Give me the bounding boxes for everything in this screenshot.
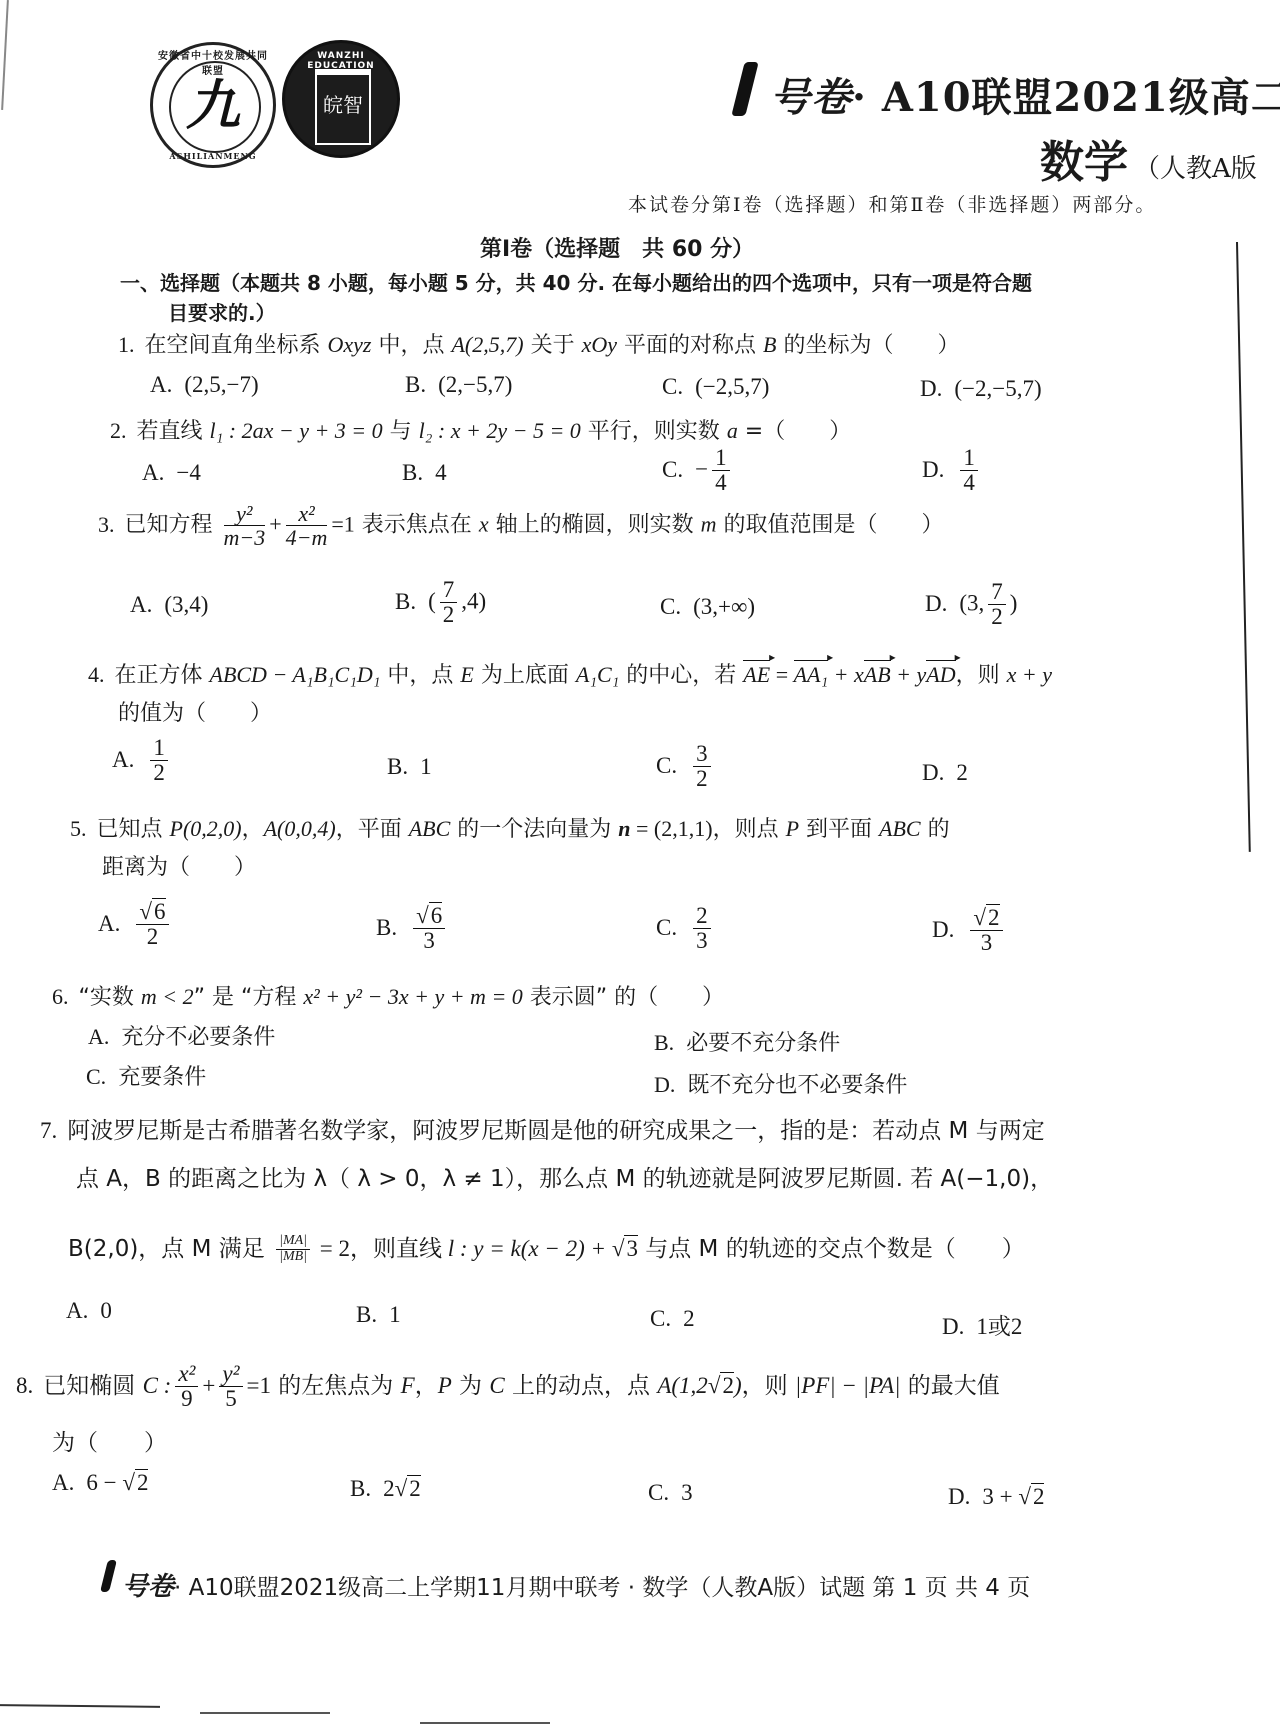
option-label: B. [376, 915, 397, 940]
stem-text: 在正方体 [115, 663, 210, 688]
math-expr: l₁ : 2ax − y + 3 = 0 [210, 418, 383, 443]
margin-line [1236, 242, 1251, 852]
option-label: B. [387, 754, 408, 779]
radicand: 3 [624, 1235, 638, 1261]
question-number: 6. [52, 984, 69, 1009]
option-text: 充要条件 [118, 1065, 206, 1090]
option-label: C. [660, 594, 681, 619]
math-expr: A(0,0,4) [264, 816, 336, 841]
stem-text: 的坐标为（ ） [776, 333, 959, 358]
sqrt-expr: √2 [395, 1475, 421, 1501]
subject-title: 数学（人教A版 [1040, 126, 1257, 190]
stem-text: ，则 [956, 663, 1007, 688]
denominator: |MB| [276, 1250, 310, 1265]
fraction: |MA||MB| [276, 1234, 310, 1264]
option-label: D. [925, 591, 947, 616]
option-label: D. [922, 457, 944, 482]
question-2: 2.若直线 l₁ : 2ax − y + 3 = 0 与 l₂ : x + 2y… [110, 414, 851, 445]
option-text: 6 − [86, 1470, 122, 1495]
denominator: 2 [136, 925, 168, 949]
fraction: 12 [150, 736, 168, 785]
q1-option-b[interactable]: B.(2,−5,7) [405, 372, 512, 398]
numerator: x² [286, 502, 328, 526]
option-label: C. [662, 374, 683, 399]
stem-text: 平面的对称点 [617, 333, 763, 358]
denominator: 3 [413, 929, 445, 953]
radicand: 6 [152, 898, 166, 924]
exam-title: 号卷· A10联盟2021级高二 [770, 66, 1280, 123]
alliance-logo: 安徽省中十校发展共同联盟 九 ASHILIANMENG [150, 42, 276, 168]
section-title: 第Ⅰ卷（选择题 共 60 分） [480, 232, 754, 263]
q3-option-b[interactable]: B.(72,4) [395, 578, 486, 627]
operator: + [269, 512, 281, 537]
math-var: E [460, 662, 473, 687]
denominator: 3 [970, 931, 1002, 955]
option-label: D. [932, 917, 954, 942]
q2-option-d[interactable]: D.14 [922, 446, 982, 495]
gate-icon: 皖智 [315, 69, 371, 145]
option-text: ,4) [461, 589, 486, 614]
logo-ring-text: WANZHI EDUCATION [285, 51, 397, 71]
math-var: ABC [409, 816, 451, 841]
math-expr: P(0,2,0) [170, 816, 242, 841]
math-var: P [786, 816, 799, 841]
stem-text: ， [415, 1373, 438, 1399]
question-7-line3: B(2,0)，点 M 满足 |MA||MB| = 2，则直线 l : y = k… [68, 1230, 1025, 1265]
stem-text: 关于 [524, 333, 582, 358]
math-var: P [438, 1373, 452, 1398]
question-number: 5. [70, 816, 87, 841]
stem-text: = 2，则直线 [314, 1236, 448, 1261]
denominator: 2 [988, 605, 1006, 629]
q6-option-a[interactable]: A.充分不必要条件 [88, 1020, 275, 1051]
fraction: √23 [970, 906, 1002, 955]
denominator: 2 [440, 603, 458, 627]
math-expr: x² + y² − 3x + y + m = 0 [303, 984, 522, 1009]
sqrt-expr: √2 [1018, 1483, 1044, 1509]
stem-text: 的一个法向量为 [450, 817, 618, 842]
q3-option-c[interactable]: C.(3,+∞) [660, 594, 755, 620]
fraction: x²4−m [286, 502, 328, 549]
q7-option-c[interactable]: C.2 [650, 1306, 695, 1332]
option-label: B. [395, 589, 416, 614]
question-5: 5.已知点 P(0,2,0)，A(0,0,4)，平面 ABC 的一个法向量为 n… [70, 812, 950, 843]
stem-text: 与 [383, 419, 419, 444]
q7-option-a[interactable]: A.0 [66, 1298, 112, 1324]
option-label: D. [920, 376, 942, 401]
stem-text: 到平面 [799, 817, 879, 842]
option-label: A. [52, 1470, 74, 1495]
numerator: x² [175, 1362, 198, 1387]
q1-option-d[interactable]: D.(−2,−5,7) [920, 376, 1042, 402]
normal-vector: n [618, 816, 630, 841]
q4-option-a[interactable]: A.12 [112, 736, 172, 785]
math-expr: l₂ : x + 2y − 5 = 0 [419, 418, 581, 443]
question-4: 4.在正方体 ABCD − A₁B₁C₁D₁ 中，点 E 为上底面 A₁C₁ 的… [88, 658, 1052, 689]
q1-option-c[interactable]: C.(−2,5,7) [662, 374, 769, 400]
radicand: 6 [429, 902, 443, 928]
fraction: 72 [988, 580, 1006, 629]
math-expr: ) [734, 1373, 742, 1398]
option-label: A. [66, 1298, 88, 1323]
q5-option-c[interactable]: C.23 [656, 904, 715, 953]
radicand: 2 [986, 904, 1000, 930]
math-expr: m < 2 [141, 984, 194, 1009]
math-expr: ABCD − A₁B₁C₁D₁ [210, 662, 381, 687]
fraction: 14 [960, 446, 978, 495]
option-label: D. [942, 1314, 964, 1339]
question-number: 7. [40, 1118, 57, 1143]
numerator: 7 [440, 578, 458, 603]
math-var: ABC [879, 816, 921, 841]
q8-option-d[interactable]: D.3 + √2 [948, 1484, 1044, 1510]
fraction: x²9 [175, 1362, 198, 1411]
stem-text: 的中心，若 [619, 663, 743, 688]
fraction: 14 [712, 446, 730, 495]
denominator: 9 [175, 1387, 198, 1411]
stem-text: 中，点 [371, 333, 451, 358]
math-var: F [401, 1373, 415, 1398]
option-text: (2,−5,7) [438, 372, 512, 397]
option-label: B. [350, 1476, 371, 1501]
question-number: 3. [98, 512, 115, 537]
page-edge-line [420, 1722, 550, 1724]
denominator: m−3 [224, 526, 266, 549]
question-8: 8.已知椭圆 C :x²9+y²5=1 的左焦点为 F，P 为 C 上的动点，点… [16, 1362, 1000, 1411]
stem-text: ” 是 “方程 [194, 985, 304, 1010]
q2-option-a[interactable]: A.−4 [142, 460, 201, 486]
numerator: 1 [150, 736, 168, 761]
option-label: D. [922, 760, 944, 785]
equation-rhs: =1 [247, 1373, 271, 1398]
option-text: (2,5,−7) [184, 372, 258, 397]
question-number: 1. [118, 332, 135, 357]
vector-ab: AB [864, 662, 891, 688]
option-label: C. [656, 915, 677, 940]
logo-mark: 九 [153, 63, 273, 140]
math-var: C : [143, 1373, 172, 1398]
part-instructions-line2: 目要求的.） [120, 298, 1190, 328]
option-text: 0 [100, 1298, 112, 1323]
option-label: B. [356, 1302, 377, 1327]
q4-option-d[interactable]: D.2 [922, 760, 968, 786]
option-label: B. [654, 1030, 674, 1055]
q4-option-c[interactable]: C.32 [656, 742, 715, 791]
stem-text: “实数 [79, 985, 141, 1010]
numerator: y² [224, 502, 266, 526]
fraction: √63 [413, 904, 445, 953]
q3-option-a[interactable]: A.(3,4) [130, 592, 208, 618]
logo-ring-bottom-text: ASHILIANMENG [153, 151, 273, 161]
option-label: D. [654, 1072, 675, 1097]
option-text: 3 + [982, 1484, 1018, 1509]
footer-text: · A10联盟2021级高二上学期11月期中联考 · 数学（人教A版）试题 第 … [174, 1575, 1030, 1601]
option-text: ( [428, 589, 436, 614]
page-footer: 号卷· A10联盟2021级高二上学期11月期中联考 · 数学（人教A版）试题 … [122, 1566, 1030, 1603]
page-edge-line [200, 1712, 330, 1714]
page-edge-line [0, 1704, 160, 1708]
q1-option-a[interactable]: A.(2,5,−7) [150, 372, 259, 398]
math-var: A(2,5,7) [451, 332, 523, 357]
stem-text: =（ ） [738, 419, 851, 444]
option-label: C. [86, 1064, 106, 1089]
denominator: 2 [693, 767, 711, 791]
math-var: m [701, 512, 717, 537]
numerator: y² [219, 1362, 242, 1387]
stem-text: 的左焦点为 [271, 1373, 401, 1399]
numerator: 2 [693, 904, 711, 929]
question-number: 8. [16, 1373, 33, 1398]
math-var: xOy [582, 332, 617, 357]
option-text: 2 [956, 760, 968, 785]
numerator: 7 [988, 580, 1006, 605]
radicand: 2 [135, 1469, 149, 1495]
option-text: ) [1010, 591, 1018, 616]
stem-text: 阿波罗尼斯是古希腊著名数学家，阿波罗尼斯圆是他的研究成果之一，指的是：若动点 M… [67, 1118, 1044, 1144]
q2-option-b[interactable]: B.4 [402, 460, 447, 486]
stem-text: 为上底面 [474, 663, 576, 688]
stem-text: ，平面 [336, 817, 409, 842]
stem-text: B(2,0)，点 M 满足 [68, 1236, 272, 1262]
subject-name: 数学 [1040, 137, 1128, 188]
operator: = [770, 662, 793, 687]
operator: + y [891, 662, 927, 687]
option-text: 既不充分也不必要条件 [687, 1073, 907, 1098]
stem-text: ，则点 [713, 817, 786, 842]
vector-ae: AE [743, 662, 770, 688]
sqrt-expr: √3 [612, 1235, 638, 1261]
exam-title-text: · A10联盟2021级高二 [852, 74, 1280, 121]
question-number: 2. [110, 418, 127, 443]
stem-text: 的 [921, 817, 950, 842]
stem-text: 的最大值 [900, 1373, 999, 1399]
footer-brand: 号卷 [122, 1572, 174, 1602]
option-label: B. [402, 460, 423, 485]
option-sign: − [695, 457, 708, 482]
numerator: 1 [960, 446, 978, 471]
brand-name: 号卷 [770, 74, 852, 121]
question-5-line2: 距离为（ ） [102, 850, 256, 881]
stem-text: 为 [452, 1373, 490, 1399]
math-expr: = (2,1,1) [631, 816, 713, 841]
option-text: 必要不充分条件 [686, 1031, 840, 1056]
math-var: B [763, 332, 776, 357]
math-expr: x + y [1007, 662, 1052, 687]
q6-option-c[interactable]: C.充要条件 [86, 1060, 206, 1091]
q7-option-d[interactable]: D.1或2 [942, 1308, 1022, 1341]
math-expr: A₁C₁ [576, 662, 619, 687]
edition-label: （人教A版 [1134, 154, 1257, 184]
q5-option-b[interactable]: B.√63 [376, 904, 449, 953]
q6-option-b[interactable]: B.必要不充分条件 [654, 1026, 840, 1057]
stem-text: 平行，则实数 [581, 419, 727, 444]
brand-bar-icon [731, 62, 758, 116]
radicand: 2 [407, 1475, 421, 1501]
option-text: 充分不必要条件 [121, 1025, 275, 1050]
vector-aa1: AA₁ [794, 662, 829, 688]
stem-text: 轴上的椭圆，则实数 [489, 513, 701, 538]
denominator: 2 [150, 761, 168, 785]
math-expr: l : y = k(x − 2) + [448, 1236, 612, 1261]
stem-text: 的取值范围是（ ） [716, 513, 943, 538]
option-label: A. [142, 460, 164, 485]
question-8-line2: 为（ ） [52, 1424, 167, 1457]
question-4-line2: 的值为（ ） [118, 696, 272, 727]
stem-text: ，则 [742, 1373, 795, 1399]
question-7: 7.阿波罗尼斯是古希腊著名数学家，阿波罗尼斯圆是他的研究成果之一，指的是：若动点… [40, 1112, 1045, 1145]
fraction: y²5 [219, 1362, 242, 1411]
stem-text: 在空间直角坐标系 [145, 333, 328, 358]
math-var: Oxyz [328, 332, 372, 357]
math-var: x [479, 512, 489, 537]
q5-option-d[interactable]: D.√23 [932, 906, 1007, 955]
fraction: 23 [693, 904, 711, 953]
stem-text: 与点 M 的轨迹的交点个数是（ ） [638, 1236, 1025, 1262]
numerator: 1 [712, 446, 730, 471]
question-1: 1.在空间直角坐标系 Oxyz 中，点 A(2,5,7) 关于 xOy 平面的对… [118, 328, 959, 359]
option-text: −4 [176, 460, 200, 485]
math-expr: |PF| − |PA| [795, 1373, 901, 1398]
option-label: C. [656, 753, 677, 778]
sqrt-expr: √2 [122, 1469, 148, 1495]
q8-option-a[interactable]: A.6 − √2 [52, 1470, 148, 1496]
sqrt-expr: √2 [708, 1372, 734, 1398]
logo-mark: 皖智 [317, 89, 369, 118]
fraction: y²m−3 [224, 502, 266, 549]
numerator: √6 [136, 900, 168, 925]
stem-text: ， [242, 817, 264, 842]
stem-text: 表示焦点在 [355, 513, 479, 538]
fraction: 32 [693, 742, 711, 791]
option-label: A. [150, 372, 172, 397]
denominator: 3 [693, 929, 711, 953]
option-text: 1 [420, 754, 432, 779]
denominator: 4 [712, 471, 730, 495]
q3-option-d[interactable]: D.(3,72) [925, 580, 1017, 629]
fraction: 72 [440, 578, 458, 627]
q7-option-b[interactable]: B.1 [356, 1302, 401, 1328]
option-text: 2 [383, 1476, 395, 1501]
option-text: 4 [435, 460, 447, 485]
equation-rhs: =1 [331, 512, 354, 537]
option-text: (−2,5,7) [695, 374, 769, 399]
numerator: √2 [970, 906, 1002, 931]
option-text: (3,4) [164, 592, 208, 617]
option-label: A. [88, 1024, 109, 1049]
operator: + [202, 1373, 215, 1398]
numerator: √6 [413, 904, 445, 929]
option-label: A. [130, 592, 152, 617]
wanzhi-education-logo: WANZHI EDUCATION 皖智 [282, 40, 400, 158]
numerator: |MA| [276, 1234, 310, 1250]
math-var: a [727, 418, 738, 443]
stem-text: 上的动点，点 [505, 1373, 658, 1399]
question-7-line2: 点 A，B 的距离之比为 λ（ λ > 0，λ ≠ 1），那么点 M 的轨迹就是… [76, 1160, 1053, 1193]
option-text: (3, [959, 591, 984, 616]
exam-intro: 本试卷分第Ⅰ卷（选择题）和第Ⅱ卷（非选择题）两部分。 [628, 190, 1156, 217]
q8-option-c[interactable]: C.3 [648, 1480, 693, 1506]
option-label: C. [650, 1306, 671, 1331]
option-text: 1 [389, 1302, 401, 1327]
part-instructions: 一、选择题（本题共 8 小题，每小题 5 分，共 40 分. 在每小题给出的四个… [120, 268, 1190, 328]
option-label: A. [112, 747, 134, 772]
option-label: D. [948, 1484, 970, 1509]
stem-text: 若直线 [137, 419, 210, 444]
fraction: √62 [136, 900, 168, 949]
q8-option-b[interactable]: B.2√2 [350, 1476, 421, 1502]
denominator: 5 [219, 1387, 242, 1411]
radicand: 2 [1031, 1483, 1045, 1509]
option-text: 2 [683, 1306, 695, 1331]
q2-option-c[interactable]: C.−14 [662, 446, 734, 495]
option-label: B. [405, 372, 426, 397]
operator: + x [828, 662, 864, 687]
stem-text: 已知点 [97, 817, 170, 842]
denominator: 4 [960, 471, 978, 495]
stem-text: 已知椭圆 [43, 1373, 142, 1399]
denominator: 4−m [286, 526, 328, 549]
option-label: C. [662, 457, 683, 482]
stem-text: 已知方程 [125, 513, 220, 538]
q6-option-d[interactable]: D.既不充分也不必要条件 [654, 1068, 907, 1099]
math-var: C [489, 1373, 504, 1398]
q4-option-b[interactable]: B.1 [387, 754, 432, 780]
option-text: 3 [681, 1480, 693, 1505]
option-label: A. [98, 911, 120, 936]
radicand: 2 [720, 1372, 734, 1398]
part-instructions-line1: 一、选择题（本题共 8 小题，每小题 5 分，共 40 分. 在每小题给出的四个… [120, 271, 1032, 295]
question-6: 6.“实数 m < 2” 是 “方程 x² + y² − 3x + y + m … [52, 980, 724, 1011]
option-label: C. [648, 1480, 669, 1505]
vector-ad: AD [926, 662, 955, 688]
stem-text: 中，点 [380, 663, 460, 688]
question-number: 4. [88, 662, 105, 687]
footer-brand-bar-icon [100, 1560, 117, 1592]
page-edge-shadow [1, 0, 9, 110]
option-text: 1或2 [976, 1314, 1022, 1339]
q5-option-a[interactable]: A.√62 [98, 900, 173, 949]
math-expr: A(1,2 [657, 1373, 707, 1398]
option-text: (3,+∞) [693, 594, 755, 619]
question-3: 3.已知方程 y²m−3+x²4−m=1 表示焦点在 x 轴上的椭圆，则实数 m… [98, 502, 943, 549]
stem-text: 表示圆” 的（ ） [523, 985, 724, 1010]
numerator: 3 [693, 742, 711, 767]
option-text: (−2,−5,7) [954, 376, 1041, 401]
